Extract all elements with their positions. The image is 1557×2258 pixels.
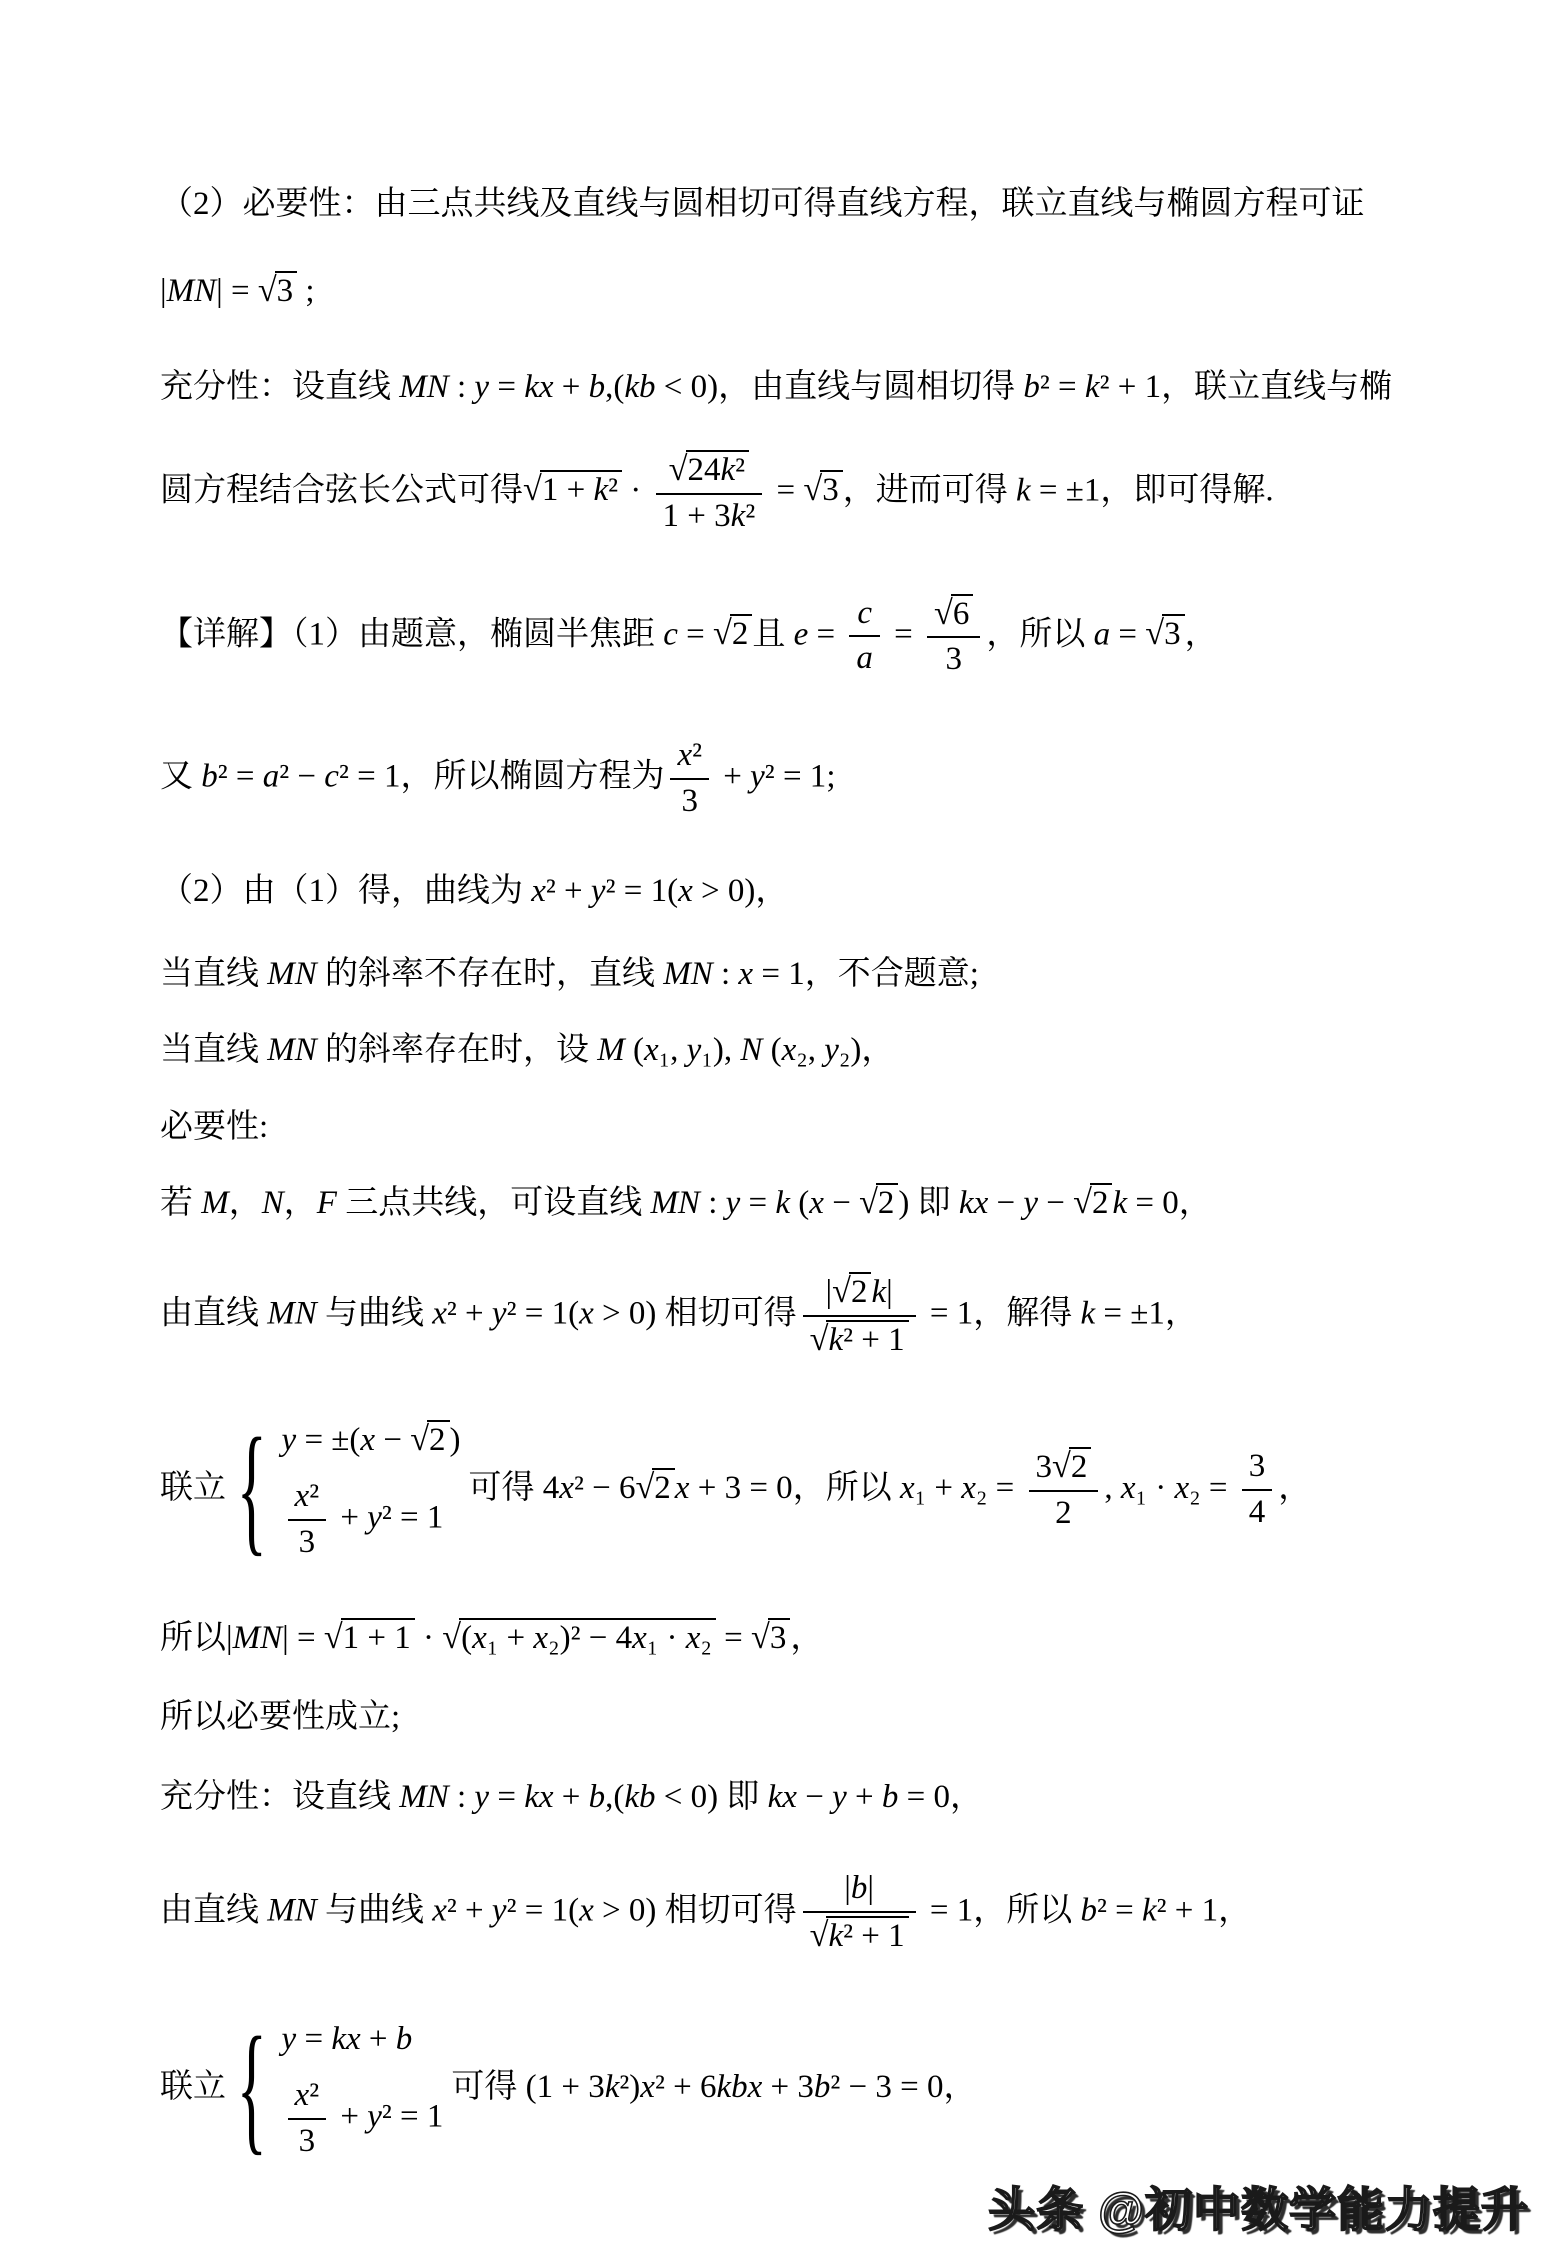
math-run: kx − y −: [951, 1185, 1073, 1221]
math-run: 3: [299, 2123, 316, 2159]
cjk-text: 相切可得: [665, 1296, 797, 1332]
math-run: =: [886, 616, 921, 652]
sqrt-radical: √1 + k²: [523, 470, 622, 509]
radicand: 2: [876, 1183, 899, 1222]
paragraph-line-10: 必要性:: [160, 1105, 1517, 1150]
fraction-numerator: x²: [288, 2077, 327, 2120]
fraction-numerator: 3: [1242, 1448, 1273, 1491]
paragraph-line-14: 所以|MN| = √1 + 1 · √(x₁ + x₂)² − 4x₁ · x₂…: [160, 1616, 1517, 1661]
math-run: MN : x = 1: [655, 956, 805, 992]
radicand: 1 + 1: [341, 1618, 415, 1657]
cjk-text: ，: [284, 1185, 317, 1221]
equation-system-rows: y = kx + bx²3 + y² = 1: [282, 2017, 444, 2161]
equation-row: y = ±(x − √2): [282, 1418, 461, 1463]
sqrt-radical: √3: [1145, 614, 1184, 653]
math-run: ·: [622, 472, 650, 508]
math-run: k² + 1: [828, 1322, 904, 1358]
math-run: ·: [415, 1620, 443, 1656]
fraction-denominator: a: [849, 637, 880, 678]
cjk-text: 相切可得: [665, 1892, 797, 1928]
math-run: |: [825, 1274, 832, 1310]
left-brace-icon: {: [237, 2017, 267, 2161]
cjk-text: 可得: [451, 2069, 517, 2105]
cjk-text: ，: [755, 873, 788, 909]
radicand: k² + 1: [826, 1916, 908, 1955]
math-run: ;: [826, 759, 835, 795]
math-run: + y² = 1: [332, 2099, 443, 2135]
cjk-text: （2）必要性：由三点共线及直线与圆相切可得直线方程，联立直线与椭圆方程可证: [160, 186, 1365, 222]
math-run: x² + y² = 1(x > 0): [523, 873, 755, 909]
fraction-numerator: √6: [927, 594, 980, 639]
math-run: k = 0: [1112, 1185, 1178, 1221]
paragraph-line-13: 联立{y = ±(x − √2)x²3 + y² = 1可得 4x² − 6√2…: [160, 1412, 1517, 1568]
paragraph-line-1: （2）必要性：由三点共线及直线与圆相切可得直线方程，联立直线与椭圆方程可证: [160, 182, 1517, 227]
cjk-text: ，: [1185, 616, 1218, 652]
radicand: 24k²: [686, 450, 750, 489]
math-run: , x₁ · x₂ =: [1104, 1470, 1235, 1506]
equation-row: x²3 + y² = 1: [282, 2077, 444, 2161]
math-run: F: [317, 1185, 345, 1221]
math-run: 3: [770, 1620, 787, 1656]
math-run: k = ±1: [1008, 472, 1101, 508]
paragraph-line-9: 当直线 MN 的斜率存在时，设 M (x₁, y₁), N (x₂, y₂)，: [160, 1028, 1517, 1073]
cjk-text: 【详解】（1）由题意，椭圆半焦距: [160, 616, 655, 652]
fraction-denominator: 2: [1029, 1492, 1099, 1533]
fraction-denominator: 3: [927, 638, 980, 679]
equation-system: {y = kx + bx²3 + y² = 1: [234, 2017, 443, 2161]
cjk-text: ，: [1218, 1892, 1251, 1928]
math-run: 3: [1036, 1449, 1053, 1485]
math-run: (x₁ + x₂)² − 4x₁ · x₂: [461, 1620, 712, 1656]
math-run: 3: [299, 1524, 316, 1560]
math-run: 3: [1164, 616, 1181, 652]
cjk-text: 又: [160, 759, 193, 795]
math-run: x² + y² = 1(x > 0): [424, 1892, 665, 1928]
radicand: 3: [1162, 614, 1185, 653]
watermark: 头条 @初中数学能力提升: [988, 2173, 1529, 2240]
paragraph-line-3: 充分性：设直线 MN : y = kx + b,(kb < 0)，由直线与圆相切…: [160, 365, 1517, 410]
cjk-text: ，所以: [793, 1470, 892, 1506]
fraction-numerator: |b|: [803, 1870, 916, 1913]
fraction-denominator: 1 + 3k²: [656, 495, 763, 536]
cjk-text: 且: [752, 616, 785, 652]
sqrt-radical: √3: [803, 470, 842, 509]
math-run: y = ±(x −: [282, 1422, 411, 1458]
sqrt-radical: √2: [1052, 1447, 1091, 1486]
paragraph-line-17: 由直线 MN 与曲线 x² + y² = 1(x > 0) 相切可得|b|√k²…: [160, 1870, 1517, 1956]
sqrt-radical: √2: [410, 1420, 449, 1459]
math-run: =: [768, 472, 803, 508]
math-run: MN : y = kx + b,(kb < 0): [391, 1779, 726, 1815]
sqrt-radical: √2: [859, 1183, 898, 1222]
math-run: x + 3 = 0: [675, 1470, 793, 1506]
fraction: |√2k|√k² + 1: [803, 1272, 916, 1360]
sqrt-radical: √6: [934, 594, 973, 633]
math-run: 4: [1249, 1494, 1266, 1530]
sqrt-radical: √1 + 1: [324, 1618, 415, 1657]
cjk-text: 与曲线: [325, 1892, 424, 1928]
fraction: x²3: [288, 1478, 327, 1562]
math-run: MN: [259, 956, 325, 992]
math-run: e =: [785, 616, 843, 652]
math-run: 2: [429, 1422, 446, 1458]
math-run: 3: [1249, 1448, 1266, 1484]
radicand: 1 + k²: [540, 470, 622, 509]
radicand: 3: [820, 470, 843, 509]
equation-system: {y = ±(x − √2)x²3 + y² = 1: [234, 1418, 461, 1562]
math-run: x²: [295, 2077, 320, 2113]
math-run: kx − y + b = 0: [759, 1779, 950, 1815]
sqrt-radical: √k² + 1: [810, 1320, 909, 1359]
radicand: 2: [652, 1468, 675, 1507]
radicand: 3: [768, 1618, 791, 1657]
cjk-text: 当直线: [160, 1032, 259, 1068]
math-run: (1 + 3k²)x² + 6kbx + 3b² − 3 = 0: [517, 2069, 943, 2105]
radicand: (x₁ + x₂)² − 4x₁ · x₂: [459, 1618, 716, 1657]
math-run: 2: [1092, 1185, 1109, 1221]
math-run: |MN| =: [226, 1620, 324, 1656]
paragraph-line-2: |MN| = √3 ;: [160, 269, 1517, 314]
fraction-denominator: √k² + 1: [803, 1913, 916, 1956]
math-run: a: [856, 640, 873, 676]
left-brace-icon: {: [237, 1418, 267, 1562]
sqrt-radical: √2: [635, 1468, 674, 1507]
math-run: 1 + 1: [343, 1620, 411, 1656]
paragraph-line-11: 若 M，N，F 三点共线，可设直线 MN : y = k (x − √2) 即 …: [160, 1181, 1517, 1226]
equation-row: x²3 + y² = 1: [282, 1478, 444, 1562]
math-run: k = ±1: [1072, 1296, 1165, 1332]
math-run: y = kx + b: [282, 2021, 413, 2057]
cjk-text: ，即可得解.: [1100, 472, 1273, 508]
cjk-text: （2）由（1）得，曲线为: [160, 873, 523, 909]
math-run: a =: [1085, 616, 1145, 652]
equation-row: y = kx + b: [282, 2017, 413, 2062]
paragraph-line-7: （2）由（1）得，曲线为 x² + y² = 1(x > 0)，: [160, 869, 1517, 914]
cjk-text: 即: [726, 1779, 759, 1815]
math-run: k² + 1: [828, 1918, 904, 1954]
fraction-numerator: x²: [288, 1478, 327, 1521]
math-run: 3: [277, 273, 294, 309]
cjk-text: 三点共线，可设直线: [345, 1185, 642, 1221]
fraction: 34: [1242, 1448, 1273, 1532]
radicand: 2: [730, 614, 753, 653]
paragraph-line-6: 又 b² = a² − c² = 1，所以椭圆方程为x²3 + y² = 1;: [160, 737, 1517, 821]
fraction-numerator: 3√2: [1029, 1447, 1099, 1492]
math-run: b² = k² + 1: [1072, 1892, 1218, 1928]
radicand: k² + 1: [826, 1320, 908, 1359]
math-run: 4x² − 6: [535, 1470, 636, 1506]
cjk-text: ，所以: [986, 616, 1085, 652]
cjk-text: 即: [918, 1185, 951, 1221]
fraction: |b|√k² + 1: [803, 1870, 916, 1956]
paragraph-line-16: 充分性：设直线 MN : y = kx + b,(kb < 0) 即 kx − …: [160, 1775, 1517, 1820]
math-run: 6: [953, 596, 970, 632]
cjk-text: ，: [950, 1779, 983, 1815]
cjk-text: 联立: [160, 1470, 226, 1506]
math-run: x² + y² = 1(x > 0): [424, 1296, 665, 1332]
math-run: c =: [655, 616, 713, 652]
math-run: 2: [1055, 1495, 1072, 1531]
cjk-text: 充分性：设直线: [160, 369, 391, 405]
fraction-denominator: 3: [288, 2120, 327, 2161]
math-run: x²: [677, 737, 702, 773]
math-run: MN: [259, 1032, 325, 1068]
math-run: |b|: [844, 1870, 874, 1906]
cjk-text: ，进而可得: [843, 472, 1008, 508]
math-run: MN : y = k (x −: [642, 1185, 859, 1221]
fraction: x²3: [288, 2077, 327, 2161]
cjk-text: ，: [944, 2069, 977, 2105]
cjk-text: 充分性：设直线: [160, 1779, 391, 1815]
cjk-text: ，: [1179, 1185, 1212, 1221]
cjk-text: ，: [861, 1032, 894, 1068]
math-run: + y² = 1: [332, 1500, 443, 1536]
math-run: k|: [871, 1274, 892, 1310]
fraction-denominator: √k² + 1: [803, 1317, 916, 1360]
cjk-text: ，: [229, 1185, 262, 1221]
fraction-numerator: x²: [670, 737, 709, 780]
cjk-text: 必要性:: [160, 1109, 268, 1145]
math-run: N: [262, 1185, 284, 1221]
math-run: 3: [945, 641, 962, 677]
cjk-text: ，: [790, 1620, 823, 1656]
paragraph-line-4: 圆方程结合弦长公式可得√1 + k² · √24k²1 + 3k² = √3，进…: [160, 450, 1517, 536]
math-run: 3: [681, 783, 698, 819]
fraction-denominator: 4: [1242, 1491, 1273, 1532]
sqrt-radical: √2: [1073, 1183, 1112, 1222]
math-run: b² = k² + 1: [1015, 369, 1161, 405]
math-run: 1 + 3k²: [663, 498, 756, 534]
paragraph-line-18: 联立{y = kx + bx²3 + y² = 1可得 (1 + 3k²)x² …: [160, 2011, 1517, 2167]
cjk-text: ，所以: [973, 1892, 1072, 1928]
paragraph-line-8: 当直线 MN 的斜率不存在时，直线 MN : x = 1，不合题意;: [160, 952, 1517, 997]
cjk-text: ，: [1165, 1296, 1198, 1332]
math-run: x²: [295, 1478, 320, 1514]
math-run: ;: [297, 273, 314, 309]
math-run: 2: [878, 1185, 895, 1221]
fraction: x²3: [670, 737, 709, 821]
math-run: |MN| =: [160, 273, 258, 309]
cjk-text: 联立: [160, 2069, 226, 2105]
cjk-text: 若: [160, 1185, 193, 1221]
math-run: 2: [1071, 1449, 1088, 1485]
sqrt-radical: √3: [751, 1618, 790, 1657]
paragraph-line-12: 由直线 MN 与曲线 x² + y² = 1(x > 0) 相切可得|√2k|√…: [160, 1272, 1517, 1360]
fraction-denominator: 3: [670, 780, 709, 821]
math-run: 2: [654, 1470, 671, 1506]
document-body: （2）必要性：由三点共线及直线与圆相切可得直线方程，联立直线与椭圆方程可证 |M…: [160, 182, 1517, 2167]
math-run: M: [193, 1185, 229, 1221]
cjk-text: ，: [1278, 1470, 1311, 1506]
math-run: MN : y = kx + b,(kb < 0): [391, 369, 718, 405]
math-run: = 1: [922, 1892, 974, 1928]
radicand: 6: [951, 594, 974, 633]
sqrt-radical: √24k²: [669, 450, 749, 489]
fraction-numerator: |√2k|: [803, 1272, 916, 1317]
math-run: ): [450, 1422, 461, 1458]
math-run: 24k²: [688, 452, 746, 488]
radicand: 2: [1069, 1447, 1092, 1486]
cjk-text: 由直线: [160, 1296, 259, 1332]
cjk-text: ，联立直线与椭: [1161, 369, 1392, 405]
cjk-text: ，不合题意;: [805, 956, 979, 992]
radicand: 2: [849, 1272, 872, 1311]
cjk-text: 由直线: [160, 1892, 259, 1928]
document-page: （2）必要性：由三点共线及直线与圆相切可得直线方程，联立直线与椭圆方程可证 |M…: [0, 0, 1557, 2258]
fraction: 3√22: [1029, 1447, 1099, 1533]
sqrt-radical: √2: [832, 1272, 871, 1311]
math-run: M (x₁, y₁), N (x₂, y₂): [589, 1032, 861, 1068]
fraction-denominator: 3: [288, 1521, 327, 1562]
math-run: + y² = 1: [715, 759, 826, 795]
paragraph-line-15: 所以必要性成立;: [160, 1695, 1517, 1740]
math-run: = 1: [922, 1296, 974, 1332]
math-run: x₁ + x₂ =: [892, 1470, 1023, 1506]
fraction: ca: [849, 595, 880, 679]
fraction-numerator: c: [849, 595, 880, 638]
equation-system-rows: y = ±(x − √2)x²3 + y² = 1: [282, 1418, 461, 1562]
cjk-text: 圆方程结合弦长公式可得: [160, 472, 523, 508]
radicand: 2: [427, 1420, 450, 1459]
radicand: 3: [275, 271, 298, 310]
math-run: MN: [259, 1892, 325, 1928]
cjk-text: 的斜率不存在时，直线: [325, 956, 655, 992]
fraction: √24k²1 + 3k²: [656, 450, 763, 536]
radicand: 2: [1090, 1183, 1113, 1222]
cjk-text: ，所以椭圆方程为: [400, 759, 664, 795]
fraction-numerator: √24k²: [656, 450, 763, 495]
cjk-text: 所以: [160, 1620, 226, 1656]
math-run: b² = a² − c² = 1: [193, 759, 400, 795]
cjk-text: ，由直线与圆相切得: [718, 369, 1015, 405]
math-run: 2: [732, 616, 749, 652]
math-run: 2: [851, 1274, 868, 1310]
sqrt-radical: √2: [713, 614, 752, 653]
math-run: =: [716, 1620, 751, 1656]
math-run: 1 + k²: [542, 472, 618, 508]
cjk-text: 可得: [469, 1470, 535, 1506]
math-run: 3: [822, 472, 839, 508]
fraction: √63: [927, 594, 980, 680]
sqrt-radical: √k² + 1: [810, 1916, 909, 1955]
cjk-text: 当直线: [160, 956, 259, 992]
math-run: c: [857, 595, 872, 631]
cjk-text: 与曲线: [325, 1296, 424, 1332]
cjk-text: 所以必要性成立;: [160, 1699, 400, 1735]
sqrt-radical: √3: [258, 271, 297, 310]
math-run: MN: [259, 1296, 325, 1332]
sqrt-radical: √(x₁ + x₂)² − 4x₁ · x₂: [442, 1618, 716, 1657]
cjk-text: ，解得: [973, 1296, 1072, 1332]
cjk-text: 的斜率存在时，设: [325, 1032, 589, 1068]
paragraph-line-5: 【详解】（1）由题意，椭圆半焦距 c = √2且 e = ca = √63，所以…: [160, 594, 1517, 680]
math-run: ): [898, 1185, 917, 1221]
